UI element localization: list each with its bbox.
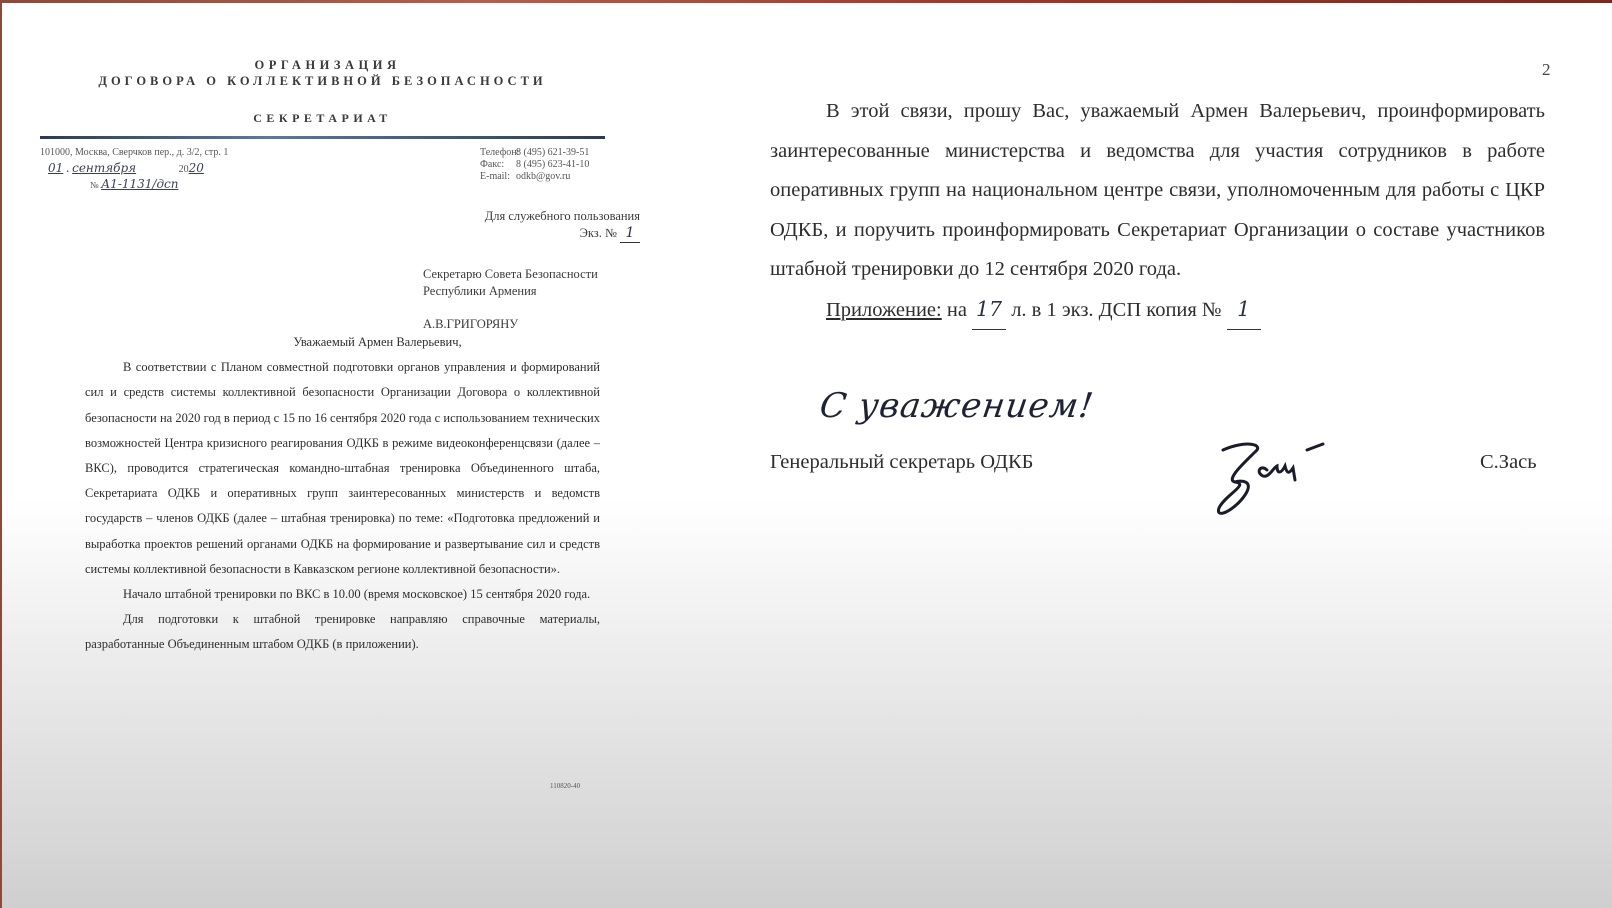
recipient-line1: Секретарю Совета Безопасности xyxy=(423,266,598,283)
appendix-copy: 1 xyxy=(1227,290,1261,331)
copy-number-line: Экз. № 1 xyxy=(410,225,640,243)
recipient-block: Секретарю Совета Безопасности Республики… xyxy=(423,266,598,333)
postal-address: 101000, Москва, Сверчков пер., д. 3/2, с… xyxy=(40,147,228,158)
body-paragraph: В соответствии с Планом совместной подго… xyxy=(85,355,600,582)
contact-value: odkb@gov.ru xyxy=(516,171,570,182)
contact-value: 8 (495) 621-39-51 xyxy=(516,147,589,158)
contact-phone: Телефон:8 (495) 621-39-51 xyxy=(480,147,589,159)
date-day: 01 xyxy=(48,161,63,175)
copy-label: Экз. № xyxy=(580,226,617,240)
copy-number: 1 xyxy=(620,225,640,243)
date-year-suffix: 20 xyxy=(189,161,204,175)
date-month: сентября xyxy=(72,161,162,175)
letter-date: 01 . сентября 2020 xyxy=(48,161,204,175)
signature-icon xyxy=(1215,440,1365,520)
signatory-name: С.Зась xyxy=(1480,451,1537,474)
signatory-title: Генеральный секретарь ОДКБ xyxy=(770,451,1033,474)
contact-key: Телефон: xyxy=(480,147,516,159)
appendix-sheets: 17 xyxy=(972,290,1006,331)
letterhead-org-line1: ОРГАНИЗАЦИЯ xyxy=(50,58,605,73)
salutation: Уважаемый Армен Валерьевич, xyxy=(155,330,600,355)
recipient-line2: Республики Армения xyxy=(423,283,598,300)
appendix-label: Приложение: xyxy=(826,299,942,321)
classification-label: Для служебного пользования xyxy=(410,208,640,225)
letter-body-page-2: В этой связи, прошу Вас, уважаемый Армен… xyxy=(770,92,1545,330)
window-left-border xyxy=(0,0,2,908)
body-paragraph: Для подготовки к штабной тренировке напр… xyxy=(85,607,600,657)
number-prefix: № xyxy=(90,180,99,190)
contact-key: Факс: xyxy=(480,159,516,171)
letter-page-1: ОРГАНИЗАЦИЯ ДОГОВОРА О КОЛЛЕКТИВНОЙ БЕЗО… xyxy=(40,58,605,207)
contact-fax: Факс:8 (495) 623-41-10 xyxy=(480,159,589,171)
body-paragraph: Начало штабной тренировки по ВКС в 10.00… xyxy=(85,582,600,607)
date-separator: . xyxy=(66,161,70,175)
contact-key: E-mail: xyxy=(480,171,516,183)
appendix-line: Приложение: на 17 л. в 1 экз. ДСП копия … xyxy=(826,290,1545,331)
appendix-mid: л. в 1 экз. ДСП копия № xyxy=(1011,299,1221,321)
letterhead-rule xyxy=(40,136,605,139)
letter-number: № А1-1131/дсп xyxy=(90,177,179,191)
address-block: 101000, Москва, Сверчков пер., д. 3/2, с… xyxy=(40,147,605,207)
date-year-prefix: 20 xyxy=(179,164,189,175)
contacts: Телефон:8 (495) 621-39-51 Факс:8 (495) 6… xyxy=(480,147,589,183)
window-top-border xyxy=(0,0,1612,3)
classification-block: Для служебного пользования Экз. № 1 xyxy=(410,208,640,243)
document-footer-code: 110820-40 xyxy=(550,782,580,790)
contact-value: 8 (495) 623-41-10 xyxy=(516,159,589,170)
appendix-pre: на xyxy=(947,299,967,321)
page-number: 2 xyxy=(1542,60,1551,80)
contact-email: E-mail:odkb@gov.ru xyxy=(480,171,589,183)
letter-body-page-1: Уважаемый Армен Валерьевич, В соответств… xyxy=(85,330,600,658)
number-value: А1-1131/дсп xyxy=(101,177,178,191)
letterhead-org-line2: ДОГОВОРА О КОЛЛЕКТИВНОЙ БЕЗОПАСНОСТИ xyxy=(40,74,605,89)
handwritten-regards: С уважением! xyxy=(817,386,1096,426)
letterhead-secretariat: СЕКРЕТАРИАТ xyxy=(40,111,605,126)
request-paragraph: В этой связи, прошу Вас, уважаемый Армен… xyxy=(770,92,1545,290)
